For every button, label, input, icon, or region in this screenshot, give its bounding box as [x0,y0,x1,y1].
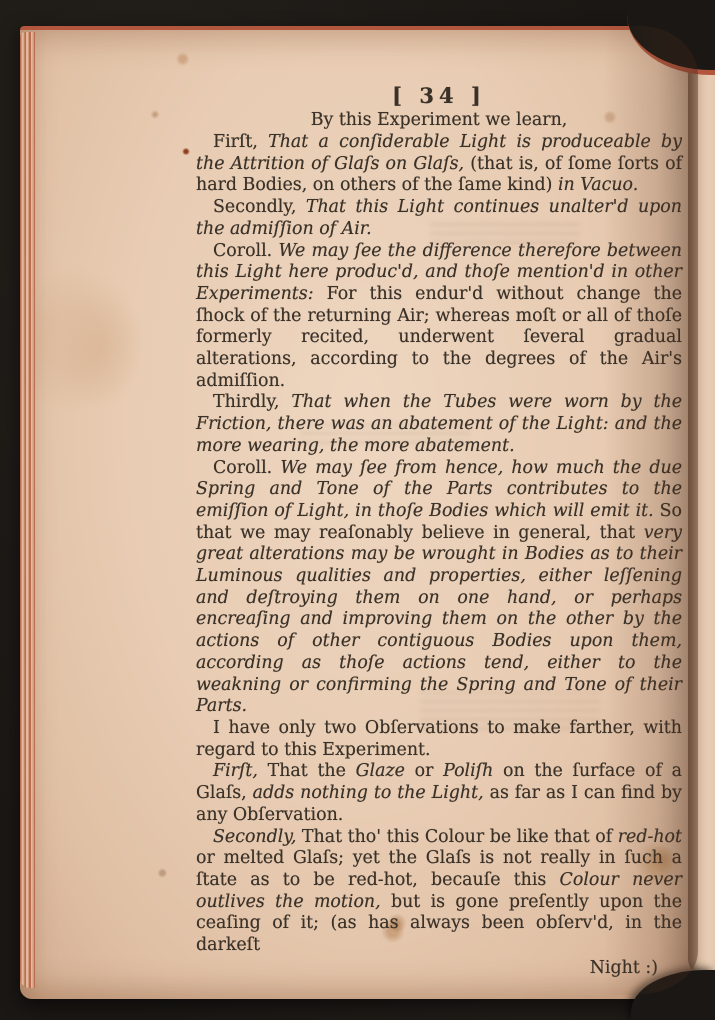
text-run: Firſt, [213,761,268,781]
text-run: Glaze [356,761,415,781]
body-paragraph: Thirdly, That when the Tubes were worn b… [196,392,682,457]
next-page-sliver [688,52,715,975]
body-paragraph: Coroll. We may ſee the difference theref… [196,241,682,393]
book-photo: [ 34 ] By this Experiment we learn, Firſ… [0,0,715,1020]
text-run: I have only two Obſervations to make far… [196,718,682,760]
text-run: Thirdly, [213,392,291,412]
text-run: Coroll. [213,458,280,478]
text-run: Secondly, [213,827,302,847]
body-paragraph: I have only two Obſervations to make far… [196,718,682,761]
text-run: Coroll. [213,241,279,261]
page-number: [ 34 ] [196,82,682,109]
text-run: red-hot [618,827,682,847]
text-run: adds nothing to the Light, [253,783,490,803]
text-run: or [415,761,443,781]
body-paragraph: Coroll. We may ſee from hence, how much … [196,458,682,718]
text-run: Firſt, [213,132,268,152]
text-run: in Vacuo. [558,175,638,195]
text-run: Secondly, [213,197,306,217]
body-paragraph: Secondly, That tho' this Colour be like … [196,827,682,957]
text-block: [ 34 ] By this Experiment we learn, Firſ… [196,82,682,979]
section-heading: By this Experiment we learn, [196,109,682,132]
text-run: very great alterations may be wrought in… [196,523,682,717]
catchword: Night :) [196,957,682,979]
body-text: Firſt, That a conſiderable Light is prod… [196,132,682,957]
page-fore-edge [20,32,35,988]
text-run: That the [268,761,356,781]
body-paragraph: Secondly, That this Light continues unal… [196,197,682,240]
text-run: That tho' this Colour be like that of [302,827,618,847]
text-run: Poliſh [443,761,503,781]
ink-speck [182,148,190,155]
body-paragraph: Firſt, That the Glaze or Poliſh on the ſ… [196,761,682,826]
body-paragraph: Firſt, That a conſiderable Light is prod… [196,132,682,197]
